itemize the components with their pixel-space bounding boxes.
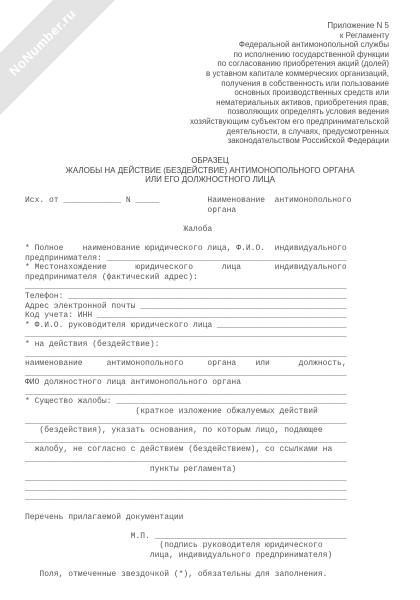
document-page: NoNumber.ru Приложение N 5 к Регламенту …	[0, 0, 420, 600]
document-title: ОБРАЗЕЦ ЖАЛОБЫ НА ДЕЙСТВИЕ (БЕЗДЕЙСТВИЕ)…	[0, 156, 420, 185]
complaint-form-body: Исх. от ____________ N _____ Наименовани…	[25, 196, 351, 580]
watermark-label: NoNumber.ru	[6, 6, 79, 79]
appendix-header-note: Приложение N 5 к Регламенту Федеральной …	[190, 21, 389, 146]
watermark-ribbon: NoNumber.ru	[0, 0, 125, 125]
